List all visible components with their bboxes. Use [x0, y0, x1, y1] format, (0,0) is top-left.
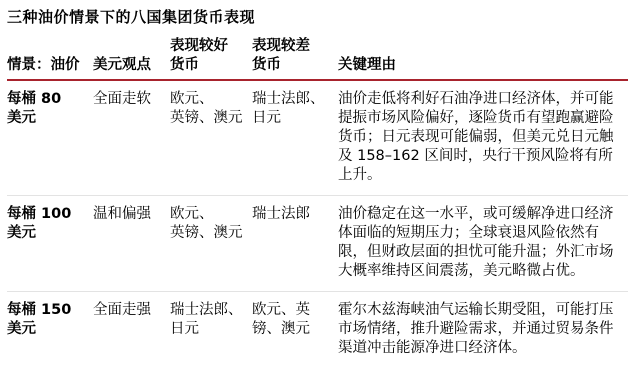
cell-worse-currencies: 瑞士法郎、 日元: [252, 80, 338, 196]
cell-better-currencies: 瑞士法郎、 日元: [170, 292, 252, 369]
cell-key-reason: 油价稳定在这一水平，或可缓解净进口经济体面临的短期压力；全球衰退风险依然有限，但…: [338, 196, 628, 292]
table-header-row: 情景：油价 美元观点 表现较好 货币 表现较差 货币 关键理由: [7, 37, 628, 80]
cell-scenario: 每桶 150 美元: [7, 292, 93, 369]
cell-better-currencies: 欧元、 英镑、澳元: [170, 80, 252, 196]
cell-worse-currencies: 瑞士法郎: [252, 196, 338, 292]
column-header-better-currencies: 表现较好 货币: [170, 37, 252, 80]
column-header-usd-view: 美元观点: [93, 37, 170, 80]
cell-better-currencies: 欧元、 英镑、澳元: [170, 196, 252, 292]
column-header-scenario: 情景：油价: [7, 37, 93, 80]
column-header-worse-currencies: 表现较差 货币: [252, 37, 338, 80]
cell-scenario: 每桶 100 美元: [7, 196, 93, 292]
cell-scenario: 每桶 80 美元: [7, 80, 93, 196]
cell-worse-currencies: 欧元、英 镑、澳元: [252, 292, 338, 369]
cell-usd-view: 全面走强: [93, 292, 170, 369]
cell-key-reason: 油价走低将利好石油净进口经济体，并可能提振市场风险偏好，逐险货币有望跑赢避险货币…: [338, 80, 628, 196]
report-page: 三种油价情景下的八国集团货币表现 情景：油价 美元观点 表现较好 货币 表现较差…: [0, 0, 632, 370]
cell-usd-view: 温和偏强: [93, 196, 170, 292]
table-row: 每桶 100 美元 温和偏强 欧元、 英镑、澳元 瑞士法郎 油价稳定在这一水平，…: [7, 196, 628, 292]
scenario-table: 情景：油价 美元观点 表现较好 货币 表现较差 货币 关键理由 每桶 80 美元…: [7, 37, 628, 368]
cell-usd-view: 全面走软: [93, 80, 170, 196]
table-row: 每桶 150 美元 全面走强 瑞士法郎、 日元 欧元、英 镑、澳元 霍尔木兹海峡…: [7, 292, 628, 369]
column-header-key-reason: 关键理由: [338, 37, 628, 80]
page-title: 三种油价情景下的八国集团货币表现: [7, 8, 630, 26]
table-row: 每桶 80 美元 全面走软 欧元、 英镑、澳元 瑞士法郎、 日元 油价走低将利好…: [7, 80, 628, 196]
cell-key-reason: 霍尔木兹海峡油气运输长期受阻，可能打压市场情绪，推升避险需求，并通过贸易条件渠道…: [338, 292, 628, 369]
